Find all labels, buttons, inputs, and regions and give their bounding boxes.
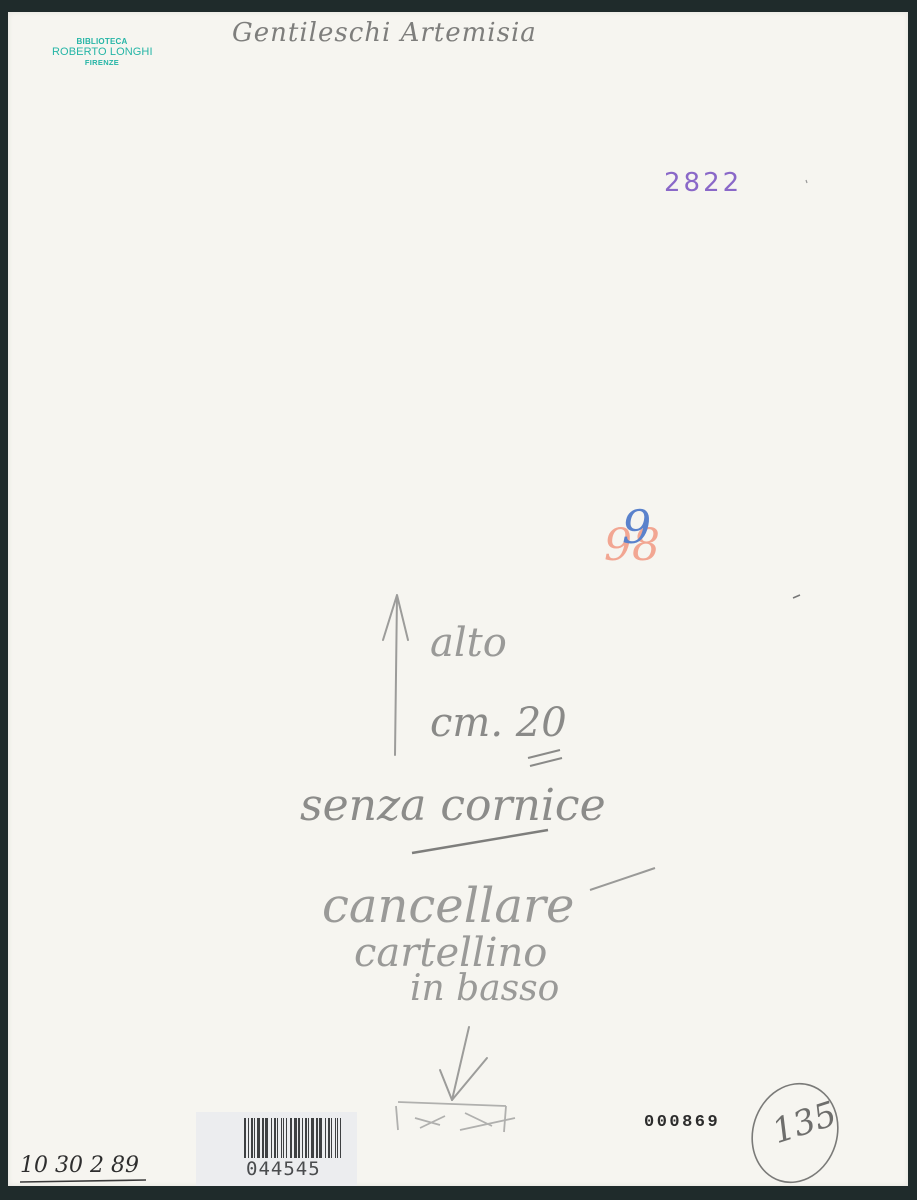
stamp-line-roberto-longhi: ROBERTO LONGHI [52,46,152,59]
date-note: 10 30 2 89 [20,1153,139,1178]
folio-mark-blue: 9 [622,500,651,554]
inventory-stamp: 2822 [664,168,742,198]
stamp-line-firenze: FIRENZE [52,59,152,68]
instruction-line-3: in basso [410,968,559,1009]
stamp-line-biblioteca: BIBLIOTECA [52,37,152,46]
instruction-line-1: cancellare [322,878,574,934]
barcode [244,1118,344,1158]
barcode-label: 044545 [196,1112,357,1186]
frame-note: senza cornice [300,780,606,831]
scan-background: BIBLIOTECA ROBERTO LONGHI FIRENZE Gentil… [0,0,917,1200]
catalog-number: 000869 [644,1113,720,1132]
photo-verso-sheet [8,12,908,1186]
library-stamp: BIBLIOTECA ROBERTO LONGHI FIRENZE [52,37,152,67]
dimension-label: alto [430,620,507,666]
dimension-value: cm. 20 [430,700,567,746]
barcode-number: 044545 [246,1158,321,1180]
artist-note: Gentileschi Artemisia [232,18,537,48]
